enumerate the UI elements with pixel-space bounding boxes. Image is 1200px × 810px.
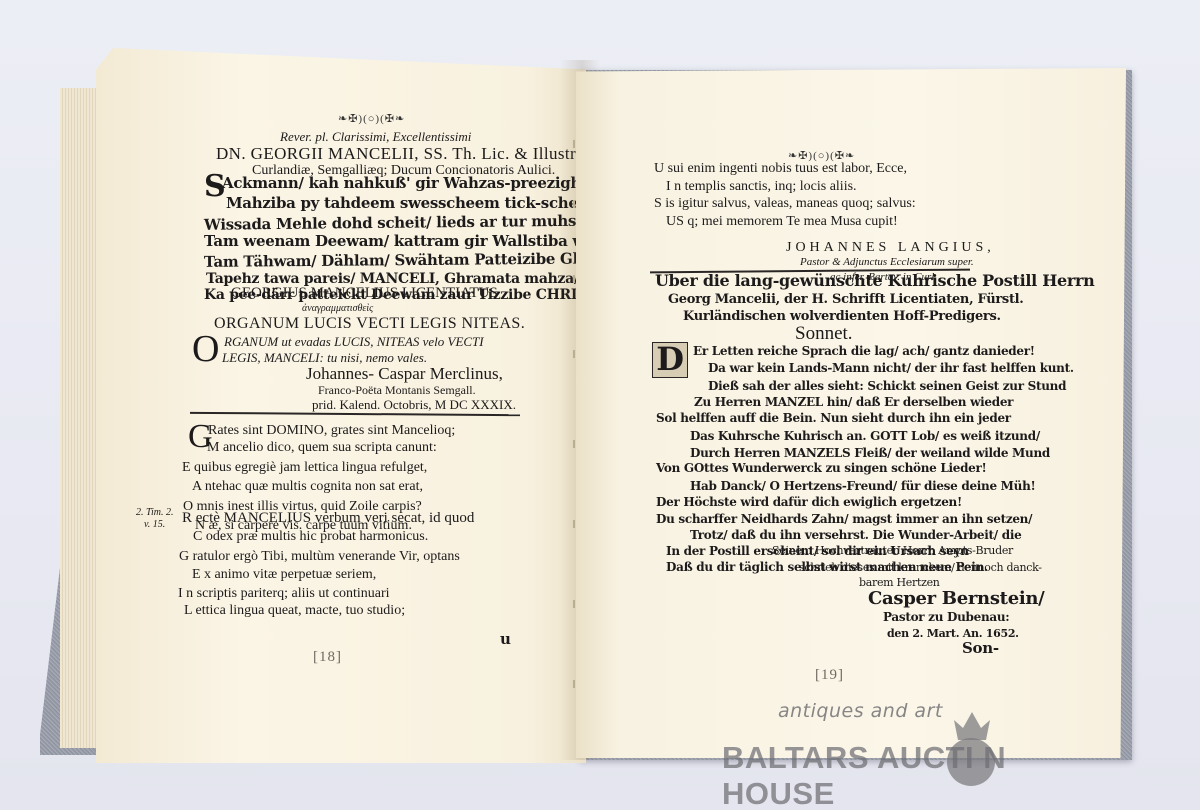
sonnet-heading: Georg Mancelii, der H. Schrifft Licentia… [668,293,1024,306]
anagram-author: Johannes- Caspar Merclinus, [306,365,503,382]
signer-title: Pastor zu Dubenau: [883,611,1009,623]
anagram-title: GEORGIUS MANCELIUS LICENTIATUS [231,286,498,301]
ornament: ❧✠)(○)(✠❧ [338,114,405,125]
watermark-name: BALTARS AUCTI N HOUSE [722,740,1122,810]
sonnet-heading: Uber die lang-gewünschte Kuhrische Posti… [655,273,1095,289]
anagram-result: ORGANUM LUCIS VECTI LEGIS NITEAS. [214,316,525,332]
signer-date: den 2. Mart. An. 1652. [887,628,1019,639]
book-photo: ❧✠)(○)(✠❧ Rever. pl. Clarissimi, Excelle… [0,0,1200,810]
verse-author: JOHANNES LANGIUS, [786,241,995,255]
crown-icon [954,712,990,740]
sonnet-title: Sonnet. [795,324,853,343]
sonnet-line: Von GOttes Wunderwerck zu singen schöne … [656,462,987,474]
sonnet-line: Hab Danck/ O Hertzens-Freund/ für diese … [690,480,1035,492]
sonnet-heading: Kurländischen wolverdienten Hoff-Predige… [683,310,1001,323]
acrostic-line: R ectè MANCELIUS verbum veri secat, id q… [182,511,474,526]
acrostic-line: M ancelio dico, quem sua scripta canunt: [207,441,437,455]
sonnet-line: Da war kein Lands-Mann nicht/ der ihr fa… [708,362,1074,374]
catchword-left: u [500,632,511,647]
watermark-tagline: antiques and art [778,700,943,722]
anagram-line-2: LEGIS, MANCELI: tu nisi, nemo vales. [222,351,427,364]
signature-line: barem Hertzen [859,577,940,588]
signature-line: Seinem Hochvertrauten Herrn Ampts-Bruder [772,545,1013,556]
sonnet-line: Du scharffer Neidhards Zahn/ magst immer… [656,513,1032,525]
signature-line: schrieb dieses mit kranckem/ dennoch dan… [799,562,1042,573]
sonnet-line: Zu Herren MANZEL hin/ daß Er derselben w… [694,396,1013,408]
sonnet-line: Durch Herren MANZELS Fleiß/ der weiland … [690,447,1050,459]
latin-verse-line: I n templis sanctis, inq; locis aliis. [666,180,857,194]
acrostic-line: E x animo vitæ perpetuæ seriem, [192,568,376,582]
anagram-greek: ἀναγραμματισθεὶς [302,304,373,314]
anagram-date: prid. Kalend. Octobris, M DC XXXIX. [312,398,516,411]
poem-line: Tapehz tawa pareis/ MANCELI, Ghramata ma… [206,272,579,286]
ornate-dropcap-d: D [652,342,688,378]
dedication-line-1: Rever. pl. Clarissimi, Excellentissimi [280,130,471,143]
acrostic-line: E quibus egregiè jam lettica lingua refu… [182,461,427,475]
sonnet-line: Das Kuhrsche Kuhrisch an. GOTT Lob/ es w… [690,430,1040,442]
acrostic-line: L ettica lingua queat, macte, tuo studio… [184,604,405,618]
auction-house-watermark: antiques and art BALTARS AUCTI N HOUSE [722,700,1122,780]
sonnet-line: Sol helffen auff die Bein. Nun sieht dur… [656,412,1011,424]
sonnet-line: Der Höchste wird dafür dich ewiglich erg… [656,496,962,508]
margin-note: v. 15. [144,520,165,530]
page-number-right: [19] [815,668,844,683]
page-number-left: [18] [313,650,342,665]
anagram-author-title: Franco-Poëta Montanis Semgall. [318,384,476,396]
sonnet-line: Er Letten reiche Sprach die lag/ ach/ ga… [693,345,1035,357]
acrostic-line: G ratulor ergò Tibi, multùm venerande Vi… [179,550,460,564]
latin-verse-line: S is igitur salvus, valeas, maneas quoq;… [654,197,916,211]
latin-verse-line: U sui enim ingenti nobis tuus est labor,… [654,162,907,176]
sonnet-line: Trotz/ daß du ihn versehrst. Die Wunder-… [690,529,1021,541]
sonnet-line: Dieß sah der alles sieht: Schickt seinen… [708,380,1066,392]
acrostic-line: C odex præ multis hic probat harmonicus. [193,530,428,544]
signer-name: Casper Bernstein/ [868,590,1044,608]
acrostic-line: A ntehac quæ multis cognita non sat erat… [192,480,423,494]
dropcap-o: O [192,330,219,368]
verse-author-title: Pastor & Adjunctus Ecclesiarum super. [800,257,974,268]
acrostic-line: I n scriptis pariterq; aliis ut continua… [178,587,390,601]
margin-note: 2. Tim. 2. [136,508,174,518]
acrostic-line: Rates sint DOMINO, grates sint Mancelioq… [208,424,455,438]
dedication-line-2: DN. GEORGII MANCELII, SS. Th. Lic. & Ill… [216,145,604,162]
latin-verse-line: US q; mei memorem Te mea Musa cupit! [666,215,898,229]
anagram-line-1: RGANUM ut evadas LUCIS, NITEAS velo VECT… [224,335,484,348]
catchword-right: Son- [962,641,999,656]
